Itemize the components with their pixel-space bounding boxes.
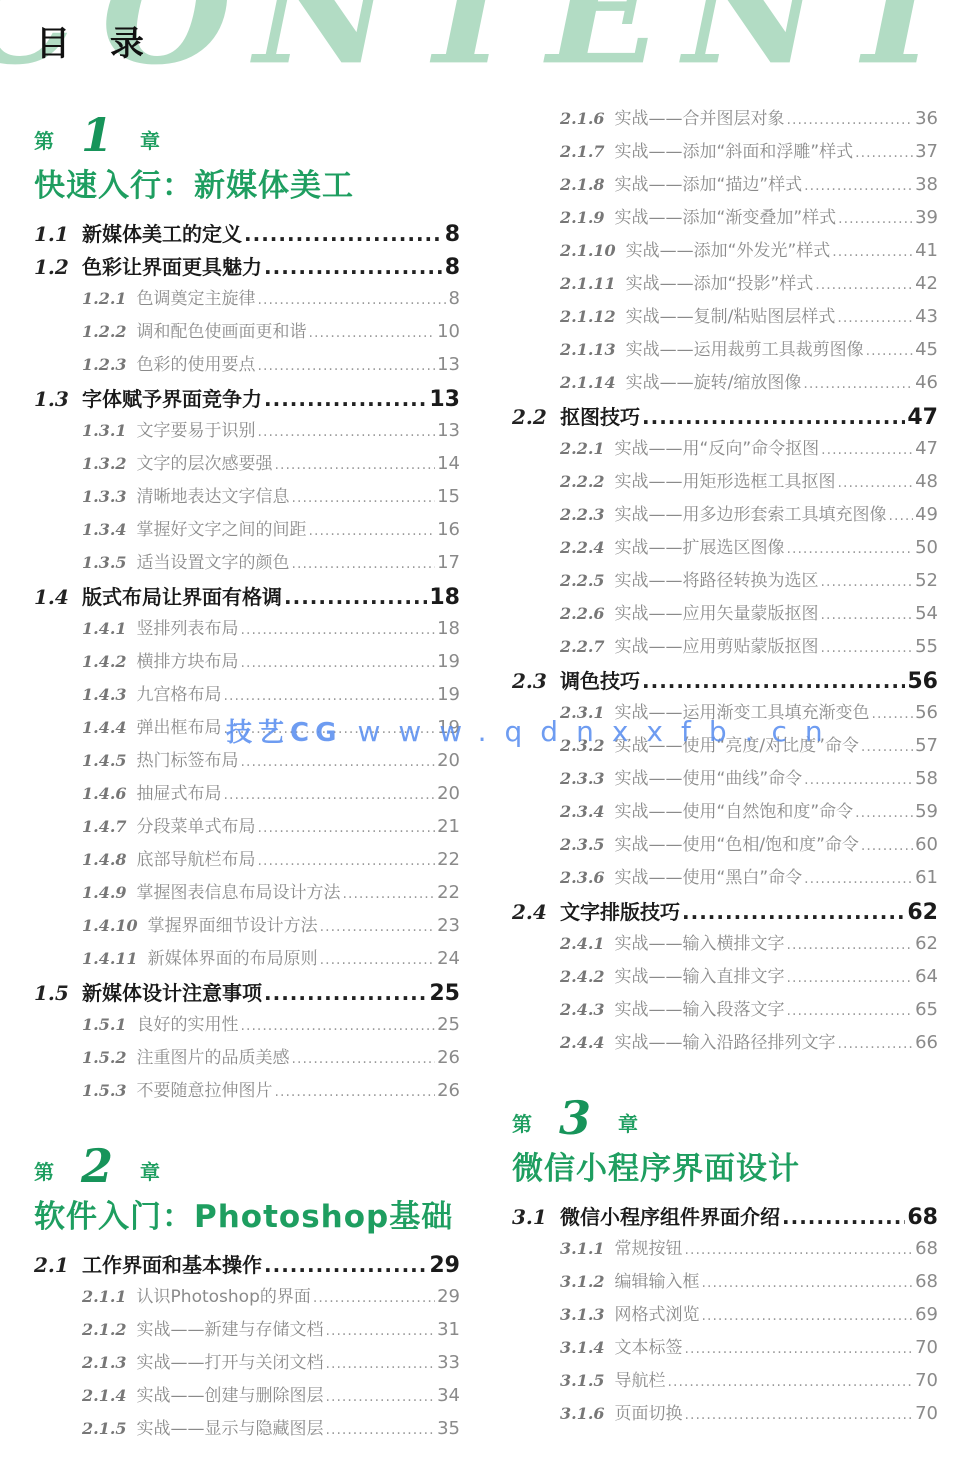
page-number: 18 [437, 618, 460, 639]
page-number: 62 [915, 933, 938, 954]
chapter-suffix: 章 [140, 1156, 160, 1185]
page-number: 22 [437, 849, 460, 870]
page-number: 17 [437, 552, 460, 573]
subsection-number: 1.4.8 [82, 850, 127, 869]
subsection-title: 良好的实用性 [137, 1010, 239, 1035]
subsection-title: 适当设置文字的颜色 [137, 548, 290, 573]
chapter-number: 2 [54, 1143, 140, 1189]
subsection-number: 1.4.5 [82, 751, 127, 770]
subsection-number: 2.2.7 [560, 637, 605, 656]
page-number: 19 [437, 684, 460, 705]
subsection-number: 1.4.4 [82, 718, 127, 737]
subsection-title: 文本标签 [615, 1333, 683, 1358]
toc-section[interactable]: 2.3调色技巧56 [512, 665, 938, 698]
dot-leader [821, 640, 914, 656]
toc-subsection[interactable]: 1.5.1良好的实用性25 [34, 1010, 460, 1043]
page-number: 14 [437, 453, 460, 474]
toc-subsection[interactable]: 3.1.6页面切换70 [512, 1399, 938, 1432]
subsection-number: 2.4.3 [560, 1000, 605, 1019]
chapter-prefix: 第 [34, 125, 54, 154]
dot-leader [241, 622, 436, 638]
toc-subsection[interactable]: 1.3.3清晰地表达文字信息15 [34, 482, 460, 515]
dot-leader [264, 981, 427, 1005]
dot-leader [320, 919, 435, 935]
toc-subsection[interactable]: 1.3.4掌握好文字之间的间距16 [34, 515, 460, 548]
dot-leader [804, 178, 913, 194]
dot-leader [326, 1389, 436, 1405]
chapter-2-heading: 第 2 章 [34, 1143, 460, 1189]
page-number: 8 [449, 288, 460, 309]
dot-leader [804, 772, 913, 788]
dot-leader [838, 1036, 914, 1052]
toc-section[interactable]: 1.2色彩让界面更具魅力8 [34, 251, 460, 284]
subsection-title: 页面切换 [615, 1399, 683, 1424]
subsection-title: 清晰地表达文字信息 [137, 482, 290, 507]
subsection-title: 横排方块布局 [137, 647, 239, 672]
toc-subsection[interactable]: 2.1.6实战——合并图层对象36 [512, 104, 938, 137]
page-number: 64 [915, 966, 938, 987]
page-number: 35 [437, 1418, 460, 1439]
section-number: 1.2 [34, 255, 82, 279]
page-number: 43 [915, 306, 938, 327]
toc-subsection[interactable]: 2.1.10实战——添加“外发光”样式41 [512, 236, 938, 269]
subsection-number: 1.3.5 [82, 553, 127, 572]
page-number: 70 [915, 1370, 938, 1391]
dot-leader [241, 754, 436, 770]
toc-subsection[interactable]: 1.4.7分段菜单式布局21 [34, 812, 460, 845]
dot-leader [275, 1084, 436, 1100]
subsection-number: 2.4.2 [560, 967, 605, 986]
subsection-number: 1.4.3 [82, 685, 127, 704]
page-number: 54 [915, 603, 938, 624]
page-number: 50 [915, 537, 938, 558]
subsection-title: 实战——输入沿路径排列文字 [615, 1028, 836, 1053]
page-number: 56 [915, 702, 938, 723]
dot-leader [264, 387, 427, 411]
toc-subsection[interactable]: 2.1.13实战——运用裁剪工具裁剪图像45 [512, 335, 938, 368]
subsection-title: 实战——使用“黑白”命令 [615, 863, 803, 888]
dot-leader [804, 871, 913, 887]
dot-leader [326, 1422, 436, 1438]
toc-subsection[interactable]: 2.1.4实战——创建与删除图层34 [34, 1381, 460, 1414]
subsection-number: 3.1.5 [560, 1371, 605, 1390]
toc-subsection[interactable]: 3.1.2编辑输入框68 [512, 1267, 938, 1300]
page-number: 66 [915, 1032, 938, 1053]
toc-subsection[interactable]: 1.4.8底部导航栏布局22 [34, 845, 460, 878]
section-number: 1.3 [34, 387, 82, 411]
subsection-title: 不要随意拉伸图片 [137, 1076, 273, 1101]
page-number: 70 [915, 1337, 938, 1358]
dot-leader [685, 1242, 914, 1258]
dot-leader [668, 1374, 914, 1390]
subsection-title: 实战——扩展选区图像 [615, 533, 785, 558]
subsection-title: 实战——添加“投影”样式 [626, 269, 814, 294]
toc-subsection[interactable]: 2.1.9实战——添加“渐变叠加”样式39 [512, 203, 938, 236]
page-number: 13 [437, 420, 460, 441]
toc-subsection[interactable]: 1.4.3九宫格布局19 [34, 680, 460, 713]
dot-leader [241, 1018, 436, 1034]
toc-section[interactable]: 2.1工作界面和基本操作29 [34, 1249, 460, 1282]
toc-subsection[interactable]: 1.3.5适当设置文字的颜色17 [34, 548, 460, 581]
toc-section[interactable]: 3.1微信小程序组件界面介绍68 [512, 1201, 938, 1234]
page-number: 47 [907, 405, 938, 430]
toc-subsection[interactable]: 2.1.3实战——打开与关闭文档33 [34, 1348, 460, 1381]
subsection-number: 1.3.4 [82, 520, 127, 539]
chapter-suffix: 章 [618, 1108, 638, 1137]
toc-subsection[interactable]: 1.2.3色彩的使用要点13 [34, 350, 460, 383]
dot-leader [244, 222, 443, 246]
subsection-title: 实战——添加“外发光”样式 [626, 236, 831, 261]
dot-leader [258, 820, 436, 836]
subsection-title: 色彩的使用要点 [137, 350, 256, 375]
toc-subsection[interactable]: 2.2.6实战——应用矢量蒙版抠图54 [512, 599, 938, 632]
subsection-number: 1.4.10 [82, 916, 138, 935]
subsection-number: 3.1.1 [560, 1239, 605, 1258]
dot-leader [258, 424, 436, 440]
page-number: 60 [915, 834, 938, 855]
subsection-number: 1.3.1 [82, 421, 127, 440]
subsection-number: 3.1.6 [560, 1404, 605, 1423]
dot-leader [803, 376, 913, 392]
page-number: 8 [445, 255, 460, 280]
dot-leader [313, 1290, 435, 1306]
subsection-number: 1.3.3 [82, 487, 127, 506]
dot-leader [861, 739, 913, 755]
subsection-number: 1.4.1 [82, 619, 127, 638]
page-number: 18 [429, 585, 460, 610]
dot-leader [838, 475, 914, 491]
toc-subsection[interactable]: 2.4.1实战——输入横排文字62 [512, 929, 938, 962]
toc-subsection[interactable]: 1.2.2调和配色使画面更和谐10 [34, 317, 460, 350]
toc-subsection[interactable]: 1.3.1文字要易于识别13 [34, 416, 460, 449]
subsection-title: 文字的层次感要强 [137, 449, 273, 474]
dot-leader [702, 1275, 914, 1291]
subsection-title: 实战——新建与存储文档 [137, 1315, 324, 1340]
subsection-number: 2.3.4 [560, 802, 605, 821]
subsection-title: 实战——输入直排文字 [615, 962, 785, 987]
section-title: 新媒体设计注意事项 [82, 977, 262, 1006]
page-number: 34 [437, 1385, 460, 1406]
toc-subsection[interactable]: 2.4.4实战——输入沿路径排列文字66 [512, 1028, 938, 1061]
toc-subsection[interactable]: 1.4.9掌握图表信息布局设计方法22 [34, 878, 460, 911]
dot-leader [787, 970, 914, 986]
toc-section[interactable]: 1.1新媒体美工的定义8 [34, 218, 460, 251]
subsection-title: 实战——应用剪贴蒙版抠图 [615, 632, 819, 657]
subsection-number: 1.2.1 [82, 289, 127, 308]
page-number: 22 [437, 882, 460, 903]
page-number: 68 [915, 1271, 938, 1292]
subsection-number: 1.5.3 [82, 1081, 127, 1100]
subsection-title: 实战——合并图层对象 [615, 104, 785, 129]
subsection-number: 2.1.13 [560, 340, 616, 359]
page-number: 15 [437, 486, 460, 507]
page-number: 25 [437, 1014, 460, 1035]
toc-right-column: 2.1.6实战——合并图层对象36 2.1.7实战——添加“斜面和浮雕”样式37… [512, 104, 938, 1432]
subsection-title: 实战——用矩形选框工具抠图 [615, 467, 836, 492]
page-number: 26 [437, 1047, 460, 1068]
subsection-title: 文字要易于识别 [137, 416, 256, 441]
subsection-title: 实战——打开与关闭文档 [137, 1348, 324, 1373]
page-number: 47 [915, 438, 938, 459]
section-title: 版式布局让界面有格调 [82, 581, 282, 610]
toc-section[interactable]: 2.2抠图技巧47 [512, 401, 938, 434]
subsection-title: 实战——复制/粘贴图层样式 [626, 302, 836, 327]
section-title: 抠图技巧 [560, 401, 640, 430]
subsection-title: 实战——使用“色相/饱和度”命令 [615, 830, 859, 855]
toc-subsection[interactable]: 3.1.4文本标签70 [512, 1333, 938, 1366]
page-number: 59 [915, 801, 938, 822]
dot-leader [642, 405, 905, 429]
subsection-title: 实战——显示与隐藏图层 [137, 1414, 324, 1439]
dot-leader [292, 490, 436, 506]
page-number: 41 [915, 240, 938, 261]
subsection-number: 2.1.3 [82, 1353, 127, 1372]
page-number: 45 [915, 339, 938, 360]
section-number: 2.2 [512, 405, 560, 429]
subsection-title: 热门标签布局 [137, 746, 239, 771]
dot-leader [815, 277, 913, 293]
subsection-title: 实战——添加“斜面和浮雕”样式 [615, 137, 854, 162]
page-number: 62 [907, 900, 938, 925]
toc-subsection[interactable]: 2.2.1实战——用“反向”命令抠图47 [512, 434, 938, 467]
page-number: 33 [437, 1352, 460, 1373]
page-number: 68 [915, 1238, 938, 1259]
toc-subsection[interactable]: 1.2.1色调奠定主旋律8 [34, 284, 460, 317]
toc-subsection[interactable]: 1.4.5热门标签布局20 [34, 746, 460, 779]
subsection-title: 导航栏 [615, 1366, 666, 1391]
dot-leader [326, 1323, 436, 1339]
dot-leader [787, 112, 914, 128]
page-number: 70 [915, 1403, 938, 1424]
toc-subsection[interactable]: 1.4.2横排方块布局19 [34, 647, 460, 680]
toc-subsection[interactable]: 1.4.11新媒体界面的布局原则24 [34, 944, 460, 977]
subsection-title: 实战——输入段落文字 [615, 995, 785, 1020]
dot-leader [782, 1205, 905, 1229]
toc-subsection[interactable]: 2.1.14实战——旋转/缩放图像46 [512, 368, 938, 401]
subsection-title: 实战——添加“渐变叠加”样式 [615, 203, 837, 228]
toc-subsection[interactable]: 2.3.5实战——使用“色相/饱和度”命令60 [512, 830, 938, 863]
subsection-number: 2.2.4 [560, 538, 605, 557]
chapter-number: 1 [54, 112, 140, 158]
subsection-number: 1.4.7 [82, 817, 127, 836]
subsection-title: 实战——创建与删除图层 [137, 1381, 324, 1406]
toc-subsection[interactable]: 1.4.10掌握界面细节设计方法23 [34, 911, 460, 944]
subsection-number: 3.1.2 [560, 1272, 605, 1291]
subsection-number: 2.1.9 [560, 208, 605, 227]
toc-section[interactable]: 1.5新媒体设计注意事项25 [34, 977, 460, 1010]
chapter-3-title: 微信小程序界面设计 [512, 1149, 938, 1189]
dot-leader [821, 607, 914, 623]
chapter-suffix: 章 [140, 125, 160, 154]
dot-leader [264, 1253, 427, 1277]
subsection-number: 1.5.1 [82, 1015, 127, 1034]
chapter-2-title: 软件入门：Photoshop基础 [34, 1197, 460, 1237]
watermark-brand: 技艺CG [226, 718, 342, 748]
toc-subsection[interactable]: 2.2.5实战——将路径转换为选区52 [512, 566, 938, 599]
toc-subsection[interactable]: 2.3.3实战——使用“曲线”命令58 [512, 764, 938, 797]
toc-subsection[interactable]: 2.1.1认识Photoshop的界面29 [34, 1282, 460, 1315]
subsection-title: 认识Photoshop的界面 [137, 1282, 311, 1307]
section-number: 2.3 [512, 669, 560, 693]
toc-subsection[interactable]: 2.1.12实战——复制/粘贴图层样式43 [512, 302, 938, 335]
toc-subsection[interactable]: 2.3.4实战——使用“自然饱和度”命令59 [512, 797, 938, 830]
section-title: 微信小程序组件界面介绍 [560, 1201, 780, 1230]
toc-subsection[interactable]: 2.4.3实战——输入段落文字65 [512, 995, 938, 1028]
dot-leader [821, 574, 914, 590]
toc-section[interactable]: 1.4版式布局让界面有格调18 [34, 581, 460, 614]
subsection-number: 2.1.2 [82, 1320, 127, 1339]
subsection-title: 实战——用多边形套索工具填充图像 [615, 500, 887, 525]
toc-subsection[interactable]: 2.2.4实战——扩展选区图像50 [512, 533, 938, 566]
page-number: 31 [437, 1319, 460, 1340]
toc-subsection[interactable]: 2.2.2实战——用矩形选框工具抠图48 [512, 467, 938, 500]
subsection-number: 2.3.6 [560, 868, 605, 887]
page-number: 24 [437, 948, 460, 969]
dot-leader [821, 442, 913, 458]
section-title: 工作界面和基本操作 [82, 1249, 262, 1278]
dot-leader [855, 805, 913, 821]
page-number: 13 [437, 354, 460, 375]
page-number: 25 [429, 981, 460, 1006]
page-number: 26 [437, 1080, 460, 1101]
toc-subsection[interactable]: 1.3.2文字的层次感要强14 [34, 449, 460, 482]
page-number: 38 [915, 174, 938, 195]
subsection-title: 新媒体界面的布局原则 [148, 944, 318, 969]
toc-subsection[interactable]: 2.1.5实战——显示与隐藏图层35 [34, 1414, 460, 1447]
subsection-number: 1.2.2 [82, 322, 127, 341]
subsection-title: 常规按钮 [615, 1234, 683, 1259]
page-number: 42 [915, 273, 938, 294]
toc-subsection[interactable]: 2.1.11实战——添加“投影”样式42 [512, 269, 938, 302]
dot-leader [343, 886, 436, 902]
section-number: 1.4 [34, 585, 82, 609]
toc-subsection[interactable]: 2.1.8实战——添加“描边”样式38 [512, 170, 938, 203]
toc-subsection[interactable]: 1.5.3不要随意拉伸图片26 [34, 1076, 460, 1109]
toc-subsection[interactable]: 2.3.6实战——使用“黑白”命令61 [512, 863, 938, 896]
subsection-number: 3.1.4 [560, 1338, 605, 1357]
toc-section[interactable]: 2.4文字排版技巧62 [512, 896, 938, 929]
subsection-title: 注重图片的品质美感 [137, 1043, 290, 1068]
subsection-title: 实战——运用裁剪工具裁剪图像 [626, 335, 864, 360]
subsection-title: 色调奠定主旋律 [137, 284, 256, 309]
subsection-number: 2.1.11 [560, 274, 616, 293]
subsection-number: 1.4.11 [82, 949, 138, 968]
toc-subsection[interactable]: 1.5.2注重图片的品质美感26 [34, 1043, 460, 1076]
section-number: 1.5 [34, 981, 82, 1005]
subsection-number: 2.1.5 [82, 1419, 127, 1438]
subsection-title: 实战——应用矢量蒙版抠图 [615, 599, 819, 624]
toc-left-column: 第 1 章 快速入行：新媒体美工 1.1新媒体美工的定义8 1.2色彩让界面更具… [34, 112, 460, 1447]
page-number: 29 [429, 1253, 460, 1278]
subsection-title: 掌握图表信息布局设计方法 [137, 878, 341, 903]
dot-leader [787, 937, 914, 953]
section-number: 1.1 [34, 222, 82, 246]
toc-subsection[interactable]: 2.2.3实战——用多边形套索工具填充图像49 [512, 500, 938, 533]
subsection-number: 2.1.12 [560, 307, 616, 326]
dot-leader [787, 1003, 914, 1019]
toc-subsection[interactable]: 3.1.3网格式浏览69 [512, 1300, 938, 1333]
subsection-title: 网格式浏览 [615, 1300, 700, 1325]
dot-leader [224, 787, 436, 803]
subsection-title: 实战——使用“自然饱和度”命令 [615, 797, 854, 822]
subsection-title: 掌握好文字之间的间距 [137, 515, 307, 540]
dot-leader [872, 706, 914, 722]
dot-leader [837, 310, 913, 326]
subsection-number: 2.2.3 [560, 505, 605, 524]
subsection-number: 2.2.2 [560, 472, 605, 491]
subsection-title: 掌握界面细节设计方法 [148, 911, 318, 936]
dot-leader [866, 343, 913, 359]
watermark: 技艺CG www.qdnxxfb.cn [226, 712, 841, 749]
subsection-title: 九宫格布局 [137, 680, 222, 705]
dot-leader [241, 655, 436, 671]
dot-leader [685, 1341, 914, 1357]
page-number: 69 [915, 1304, 938, 1325]
subsection-title: 实战——添加“描边”样式 [615, 170, 803, 195]
chapter-1-title: 快速入行：新媒体美工 [34, 166, 460, 206]
page-number: 36 [915, 108, 938, 129]
watermark-url: www.qdnxxfb.cn [358, 715, 841, 748]
toc-subsection[interactable]: 2.4.2实战——输入直排文字64 [512, 962, 938, 995]
section-title: 文字排版技巧 [560, 896, 680, 925]
dot-leader [292, 556, 436, 572]
subsection-number: 1.2.3 [82, 355, 127, 374]
dot-leader [787, 541, 914, 557]
page-number: 13 [429, 387, 460, 412]
dot-leader [320, 952, 435, 968]
subsection-number: 2.3.5 [560, 835, 605, 854]
subsection-number: 2.1.8 [560, 175, 605, 194]
subsection-number: 1.4.2 [82, 652, 127, 671]
dot-leader [258, 853, 436, 869]
page-number: 29 [437, 1286, 460, 1307]
toc-subsection[interactable]: 3.1.1常规按钮68 [512, 1234, 938, 1267]
subsection-title: 弹出框布局 [137, 713, 222, 738]
subsection-title: 实战——将路径转换为选区 [615, 566, 819, 591]
subsection-number: 2.1.7 [560, 142, 605, 161]
dot-leader [264, 255, 443, 279]
subsection-number: 2.1.14 [560, 373, 616, 392]
page-number: 46 [915, 372, 938, 393]
section-title: 字体赋予界面竞争力 [82, 383, 262, 412]
page-number: 52 [915, 570, 938, 591]
toc-subsection[interactable]: 2.1.2实战——新建与存储文档31 [34, 1315, 460, 1348]
subsection-title: 实战——用“反向”命令抠图 [615, 434, 820, 459]
page-number: 37 [915, 141, 938, 162]
subsection-title: 实战——旋转/缩放图像 [626, 368, 802, 393]
page-number: 21 [437, 816, 460, 837]
subsection-number: 2.3.3 [560, 769, 605, 788]
subsection-title: 底部导航栏布局 [137, 845, 256, 870]
dot-leader [309, 523, 436, 539]
toc-subsection[interactable]: 3.1.5导航栏70 [512, 1366, 938, 1399]
toc-subsection[interactable]: 1.4.6抽屉式布局20 [34, 779, 460, 812]
dot-leader [642, 669, 905, 693]
dot-leader [685, 1407, 914, 1423]
dot-leader [838, 211, 913, 227]
subsection-number: 2.1.6 [560, 109, 605, 128]
page-number: 49 [915, 504, 938, 525]
toc-subsection[interactable]: 2.2.7实战——应用剪贴蒙版抠图55 [512, 632, 938, 665]
toc-subsection[interactable]: 2.1.7实战——添加“斜面和浮雕”样式37 [512, 137, 938, 170]
dot-leader [258, 358, 436, 374]
page-number: 19 [437, 651, 460, 672]
subsection-number: 3.1.3 [560, 1305, 605, 1324]
subsection-title: 实战——输入横排文字 [615, 929, 785, 954]
toc-subsection[interactable]: 1.4.1竖排列表布局18 [34, 614, 460, 647]
subsection-number: 1.4.6 [82, 784, 127, 803]
toc-section[interactable]: 1.3字体赋予界面竞争力13 [34, 383, 460, 416]
